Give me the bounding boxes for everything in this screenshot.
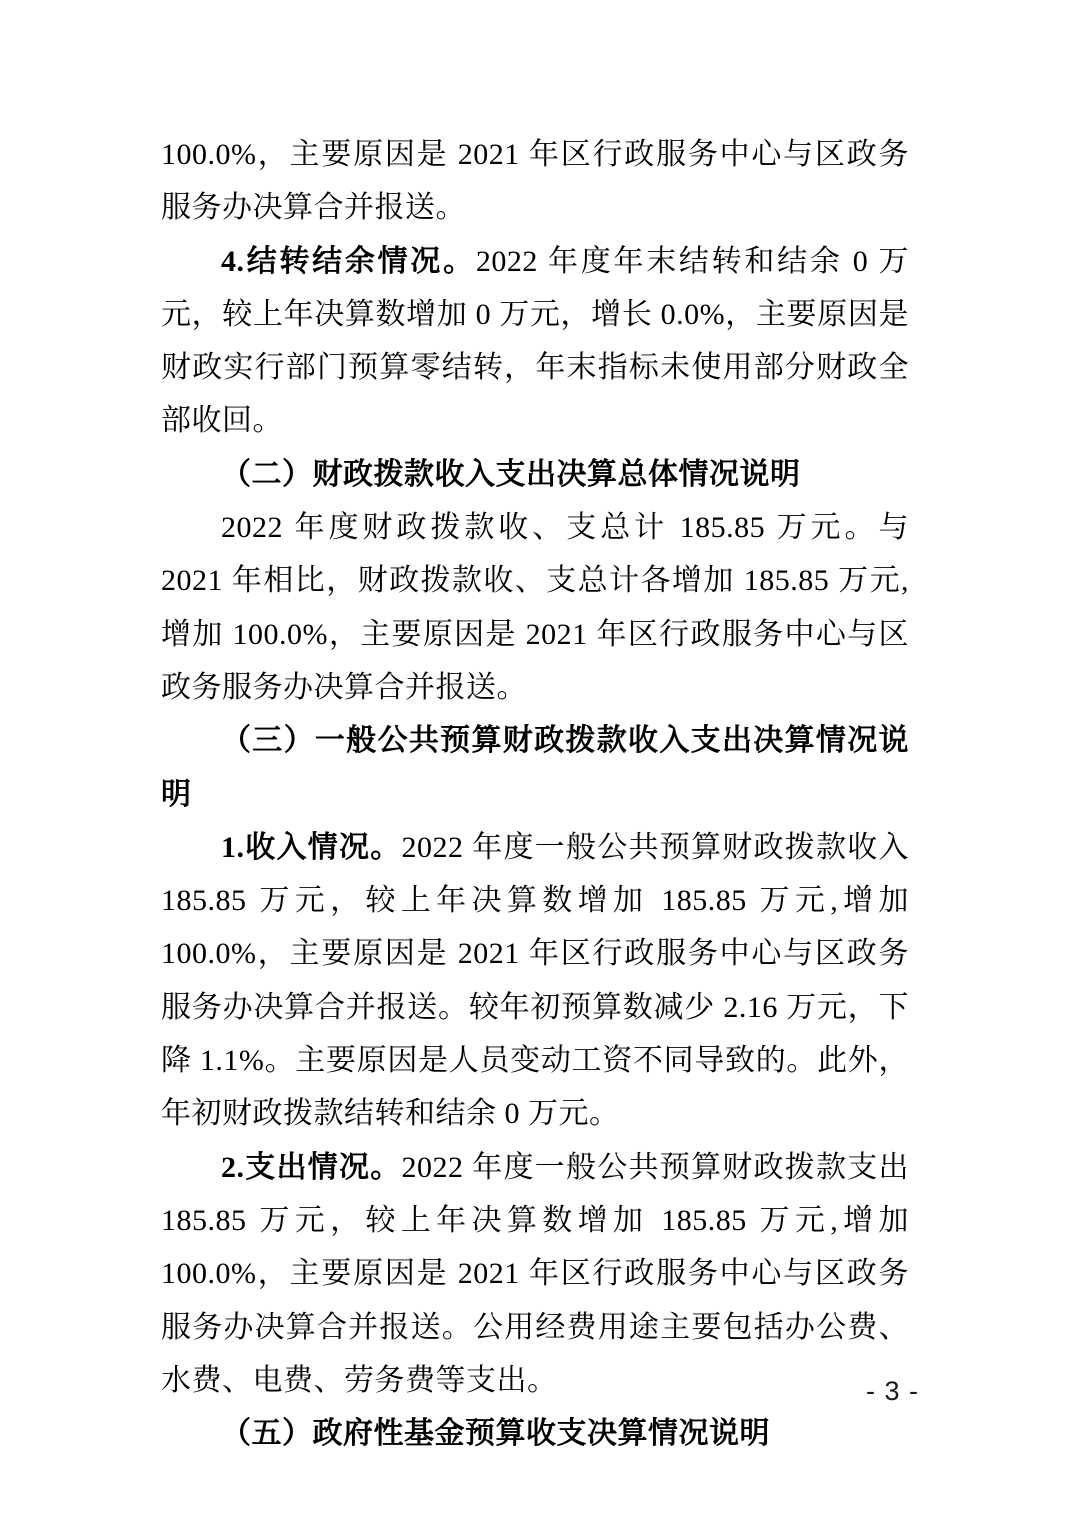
emphasis-text: （五）政府性基金预算收支决算情况说明: [221, 1417, 770, 1450]
document-body: 100.0%，主要原因是 2021 年区行政服务中心与区政务服务办决算合并报送。…: [161, 128, 909, 1460]
paragraph: 100.0%，主要原因是 2021 年区行政服务中心与区政务服务办决算合并报送。: [161, 128, 909, 235]
section-heading: （五）政府性基金预算收支决算情况说明: [161, 1407, 909, 1460]
page-number: - 3 -: [866, 1376, 919, 1407]
body-text: 2022 年度财政拨款收、支总计 185.85 万元。与 2021 年相比，财政…: [161, 511, 909, 704]
body-text: 2022 年度一般公共预算财政拨款支出 185.85 万元，较上年决算数增加 1…: [161, 1151, 909, 1397]
paragraph: 4.结转结余情况。2022 年度年末结转和结余 0 万元，较上年决算数增加 0 …: [161, 235, 909, 448]
emphasis-text: 1.收入情况。: [221, 831, 402, 864]
paragraph: 2.支出情况。2022 年度一般公共预算财政拨款支出 185.85 万元，较上年…: [161, 1141, 909, 1407]
paragraph: 2022 年度财政拨款收、支总计 185.85 万元。与 2021 年相比，财政…: [161, 501, 909, 714]
section-heading: （三）一般公共预算财政拨款收入支出决算情况说明: [161, 714, 909, 821]
section-heading: （二）财政拨款收入支出决算总体情况说明: [161, 448, 909, 501]
document-page: 100.0%，主要原因是 2021 年区行政服务中心与区政务服务办决算合并报送。…: [0, 0, 1074, 1520]
emphasis-text: （二）财政拨款收入支出决算总体情况说明: [221, 458, 801, 491]
paragraph: 1.收入情况。2022 年度一般公共预算财政拨款收入 185.85 万元，较上年…: [161, 821, 909, 1141]
body-text: 2022 年度一般公共预算财政拨款收入 185.85 万元，较上年决算数增加 1…: [161, 831, 909, 1130]
emphasis-text: 2.支出情况。: [221, 1151, 402, 1184]
emphasis-text: （三）一般公共预算财政拨款收入支出决算情况说明: [161, 724, 909, 810]
body-text: 100.0%，主要原因是 2021 年区行政服务中心与区政务服务办决算合并报送。: [161, 138, 909, 224]
emphasis-text: 4.结转结余情况。: [221, 245, 476, 278]
